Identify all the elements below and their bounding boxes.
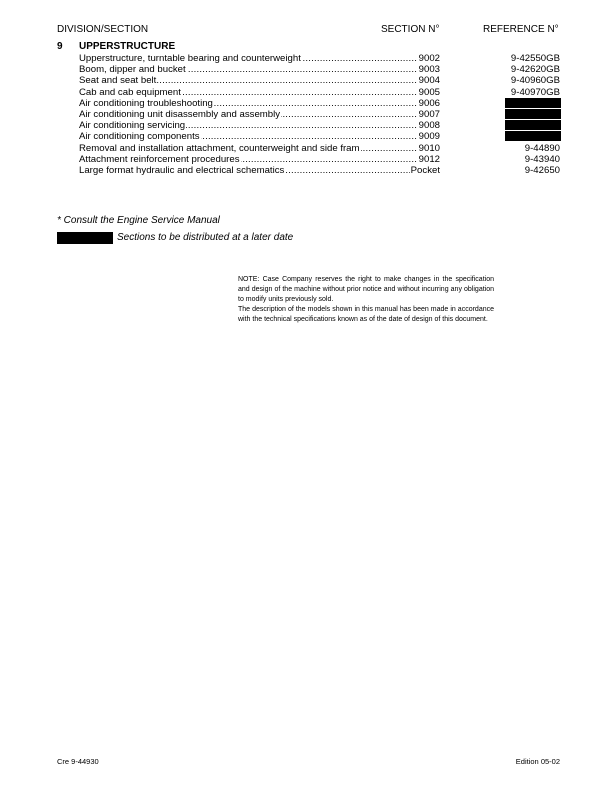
row-title: Air conditioning components: [79, 131, 201, 142]
row-reference-number: 9-42550GB: [499, 53, 560, 64]
redacted-reference: [505, 98, 561, 108]
section-number: 9: [57, 41, 63, 52]
row-title: Air conditioning unit disassembly and as…: [79, 109, 281, 120]
row-title: Cab and cab equipment: [79, 87, 182, 98]
row-section-number: 9002: [418, 53, 440, 64]
header-division-section: DIVISION/SECTION: [57, 24, 148, 35]
row-section-number: 9008: [418, 120, 440, 131]
row-title: Attachment reinforcement procedures: [79, 154, 241, 165]
row-section-number: 9010: [418, 143, 440, 154]
row-section-number: Pocket: [410, 165, 440, 176]
engine-footnote: * Consult the Engine Service Manual: [57, 215, 220, 226]
redacted-reference: [505, 120, 561, 130]
row-title: Air conditioning troubleshooting: [79, 98, 214, 109]
header-reference-no: REFERENCE N°: [483, 24, 559, 35]
section-title: UPPERSTRUCTURE: [79, 41, 175, 52]
redaction-legend-text: Sections to be distributed at a later da…: [117, 232, 293, 243]
row-title: Boom, dipper and bucket: [79, 64, 187, 75]
row-reference-number: 9-40970GB: [499, 87, 560, 98]
header-section-no: SECTION N°: [381, 24, 439, 35]
row-section-number: 9003: [418, 64, 440, 75]
row-reference-number: 9-42620GB: [499, 64, 560, 75]
edition: Edition 05-02: [516, 757, 560, 766]
row-section-number: 9007: [418, 109, 440, 120]
redacted-reference: [505, 131, 561, 141]
row-title: Large format hydraulic and electrical sc…: [79, 165, 285, 176]
row-title: Air conditioning servicing: [79, 120, 186, 131]
row-reference-number: 9-42650: [499, 165, 560, 176]
note-paragraph-2: The description of the models shown in t…: [238, 305, 494, 325]
row-reference-number: 9-43940: [499, 154, 560, 165]
row-title: Removal and installation attachment, cou…: [79, 143, 361, 154]
row-reference-number: 9-44890: [499, 143, 560, 154]
note-paragraph-1: NOTE: Case Company reserves the right to…: [238, 275, 494, 305]
redacted-reference: [505, 109, 561, 119]
row-section-number: 9004: [418, 75, 440, 86]
row-section-number: 9005: [418, 87, 440, 98]
redaction-legend-box: [57, 232, 113, 244]
document-code: Cre 9-44930: [57, 757, 99, 766]
disclaimer-note: NOTE: Case Company reserves the right to…: [238, 275, 494, 325]
row-reference-number: 9-40960GB: [499, 75, 560, 86]
row-section-number: 9012: [418, 154, 440, 165]
row-section-number: 9009: [418, 131, 440, 142]
row-title: Upperstructure, turntable bearing and co…: [79, 53, 302, 64]
row-section-number: 9006: [418, 98, 440, 109]
row-title: Seat and seat belt: [79, 75, 157, 86]
